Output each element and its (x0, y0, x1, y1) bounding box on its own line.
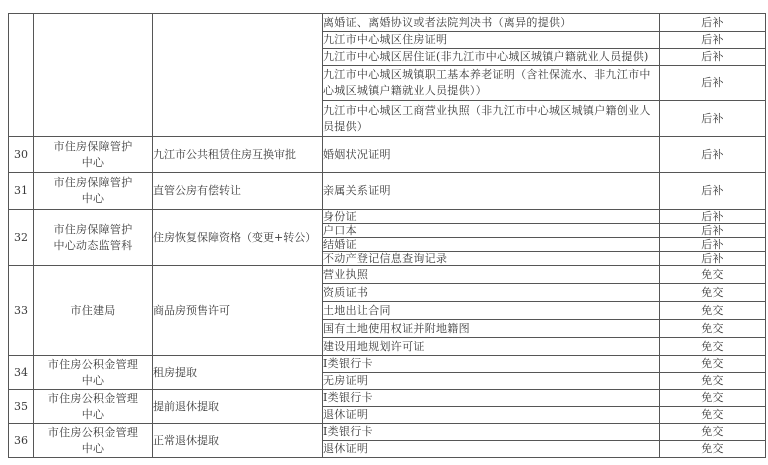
service-item-cell: 九江市公共租赁住房互换审批 (153, 137, 323, 173)
department-cell: 市住房公积金管理 中心 (34, 390, 153, 424)
document-name-cell: 婚姻状况证明 (323, 137, 660, 173)
submission-status-cell: 后补 (660, 14, 766, 32)
document-name-cell: 结婚证 (323, 238, 660, 252)
document-page: 离婚证、离婚协议或者法院判决书（离异的提供） 后补 九江市中心城区住房证明 后补… (8, 13, 766, 458)
department-cell: 市住房公积金管理 中心 (34, 424, 153, 458)
row-number-cell: 33 (9, 266, 34, 356)
document-name-cell: 建设用地规划许可证 (323, 338, 660, 356)
document-name-cell: 九江市中心城区城镇职工基本养老证明（含社保流水、非九江市中 心城区城镇户籍就业人… (323, 66, 660, 101)
document-name-cell: Ⅰ类银行卡 (323, 424, 660, 441)
document-name-cell: 国有土地使用权证并附地籍图 (323, 320, 660, 338)
submission-status-cell: 后补 (660, 224, 766, 238)
document-name-cell: 无房证明 (323, 373, 660, 390)
table-row: 36 市住房公积金管理 中心 正常退休提取 Ⅰ类银行卡 免交 (9, 424, 766, 441)
submission-status-cell: 免交 (660, 338, 766, 356)
submission-status-cell: 免交 (660, 407, 766, 424)
submission-status-cell: 后补 (660, 49, 766, 66)
submission-status-cell: 免交 (660, 284, 766, 302)
department-cell: 市住建局 (34, 266, 153, 356)
service-item-cell: 直管公房有偿转让 (153, 173, 323, 210)
document-name-cell: 土地出让合同 (323, 302, 660, 320)
submission-status-cell: 后补 (660, 66, 766, 101)
submission-status-cell: 后补 (660, 210, 766, 224)
submission-status-cell: 后补 (660, 137, 766, 173)
row-number-cell: 31 (9, 173, 34, 210)
table-row: 33 市住建局 商品房预售许可 营业执照 免交 (9, 266, 766, 284)
row-number-cell (9, 14, 34, 137)
submission-status-cell: 免交 (660, 266, 766, 284)
document-name-cell: 九江市中心城区工商营业执照（非九江市中心城区城镇户籍创业人 员提供） (323, 101, 660, 137)
document-name-cell: 九江市中心城区居住证(非九江市中心城区城镇户籍就业人员提供) (323, 49, 660, 66)
submission-status-cell: 免交 (660, 424, 766, 441)
department-cell: 市住房保障管护 中心 (34, 173, 153, 210)
department-cell: 市住房公积金管理 中心 (34, 356, 153, 390)
service-item-cell: 住房恢复保障资格（变更+转公） (153, 210, 323, 266)
row-number-cell: 30 (9, 137, 34, 173)
submission-status-cell: 免交 (660, 356, 766, 373)
row-number-cell: 36 (9, 424, 34, 458)
document-name-cell: 户口本 (323, 224, 660, 238)
submission-status-cell: 后补 (660, 238, 766, 252)
submission-status-cell: 免交 (660, 302, 766, 320)
document-name-cell: 身份证 (323, 210, 660, 224)
document-name-cell: Ⅰ类银行卡 (323, 356, 660, 373)
document-name-cell: 资质证书 (323, 284, 660, 302)
submission-status-cell: 免交 (660, 390, 766, 407)
row-number-cell: 34 (9, 356, 34, 390)
document-name-cell: 营业执照 (323, 266, 660, 284)
document-name-cell: 亲属关系证明 (323, 173, 660, 210)
submission-status-cell: 后补 (660, 101, 766, 137)
document-name-cell: 退休证明 (323, 441, 660, 458)
submission-status-cell: 后补 (660, 173, 766, 210)
table-row: 34 市住房公积金管理 中心 租房提取 Ⅰ类银行卡 免交 (9, 356, 766, 373)
service-item-cell: 租房提取 (153, 356, 323, 390)
document-name-cell: Ⅰ类银行卡 (323, 390, 660, 407)
service-item-cell: 正常退休提取 (153, 424, 323, 458)
document-name-cell: 离婚证、离婚协议或者法院判决书（离异的提供） (323, 14, 660, 32)
submission-status-cell: 后补 (660, 32, 766, 49)
required-documents-table: 离婚证、离婚协议或者法院判决书（离异的提供） 后补 九江市中心城区住房证明 后补… (8, 13, 766, 458)
submission-status-cell: 免交 (660, 320, 766, 338)
service-item-cell: 提前退休提取 (153, 390, 323, 424)
service-item-cell: 商品房预售许可 (153, 266, 323, 356)
row-number-cell: 32 (9, 210, 34, 266)
table-row: 32 市住房保障管护 中心动态监管科 住房恢复保障资格（变更+转公） 身份证 后… (9, 210, 766, 224)
table-row: 31 市住房保障管护 中心 直管公房有偿转让 亲属关系证明 后补 (9, 173, 766, 210)
table-row: 35 市住房公积金管理 中心 提前退休提取 Ⅰ类银行卡 免交 (9, 390, 766, 407)
document-name-cell: 九江市中心城区住房证明 (323, 32, 660, 49)
submission-status-cell: 免交 (660, 373, 766, 390)
document-name-cell: 退休证明 (323, 407, 660, 424)
document-name-cell: 不动产登记信息查询记录 (323, 252, 660, 266)
table-row: 30 市住房保障管护 中心 九江市公共租赁住房互换审批 婚姻状况证明 后补 (9, 137, 766, 173)
submission-status-cell: 后补 (660, 252, 766, 266)
department-cell: 市住房保障管护 中心 (34, 137, 153, 173)
department-cell: 市住房保障管护 中心动态监管科 (34, 210, 153, 266)
submission-status-cell: 免交 (660, 441, 766, 458)
department-cell (34, 14, 153, 137)
service-item-cell (153, 14, 323, 137)
table-row: 离婚证、离婚协议或者法院判决书（离异的提供） 后补 (9, 14, 766, 32)
row-number-cell: 35 (9, 390, 34, 424)
